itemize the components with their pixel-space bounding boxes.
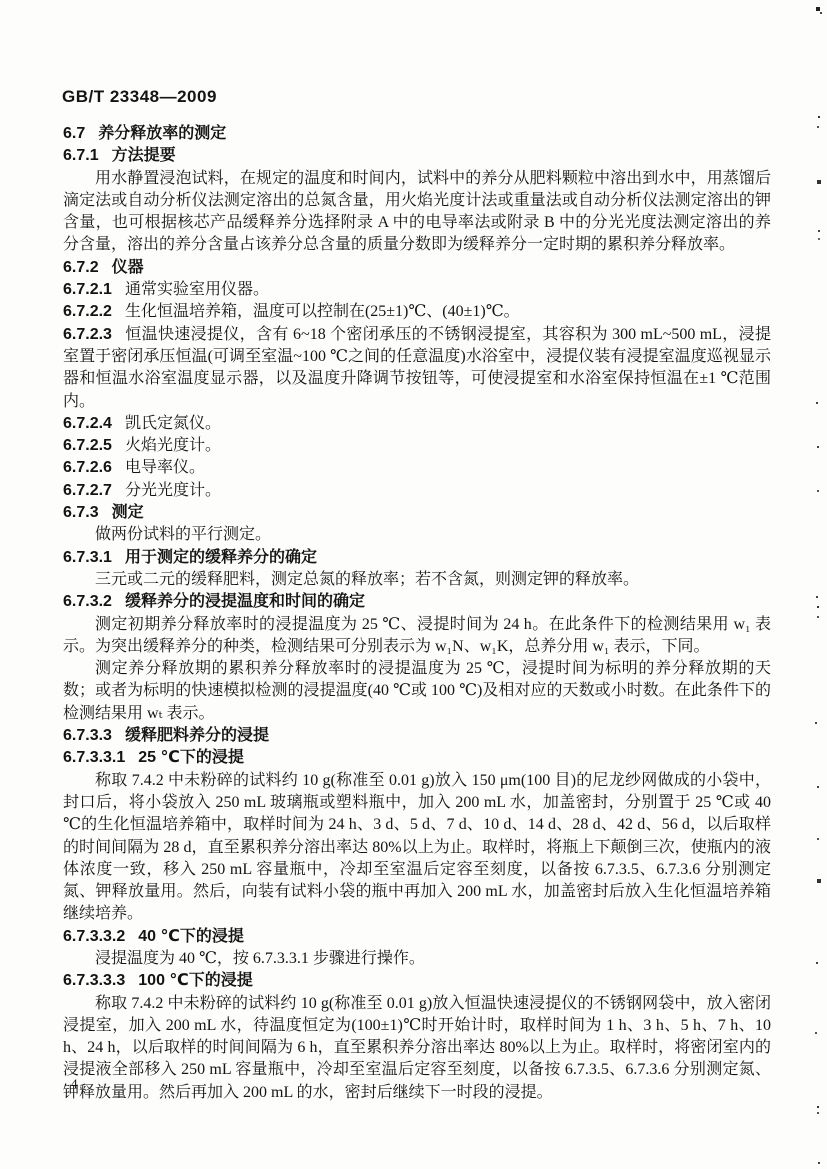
document-page: GB/T 23348—2009 6.7养分释放率的测定 6.7.1方法提要 用水… bbox=[0, 0, 827, 1169]
document-body: 6.7养分释放率的测定 6.7.1方法提要 用水静置浸泡试料，在规定的温度和时间… bbox=[63, 123, 771, 1104]
heading-title: 缓释肥料养分的浸提 bbox=[125, 727, 269, 744]
clause-text: 电导率仪。 bbox=[125, 459, 205, 476]
section-heading-6-7: 6.7养分释放率的测定 bbox=[63, 123, 771, 145]
clause-number: 6.7.2.2 bbox=[63, 303, 112, 320]
clause-6-7-2-3: 6.7.2.3恒温快速浸提仪，含有 6~18 个密闭承压的不锈钢浸提室，其容积为… bbox=[63, 324, 771, 413]
clause-6-7-2-2: 6.7.2.2生化恒温培养箱，温度可以控制在(25±1)℃、(40±1)℃。 bbox=[63, 301, 771, 323]
heading-number: 6.7.3.3 bbox=[63, 727, 112, 744]
clause-6-7-2-4: 6.7.2.4凯氏定氮仪。 bbox=[63, 413, 771, 435]
page-number: 4 bbox=[71, 1076, 78, 1092]
clause-text: 火焰光度计。 bbox=[125, 437, 221, 454]
heading-number: 6.7.3.3.2 bbox=[63, 928, 125, 945]
heading-title: 用于测定的缓释养分的确定 bbox=[125, 549, 317, 566]
paragraph-parallel-determination: 做两份试料的平行测定。 bbox=[63, 524, 771, 546]
clause-number: 6.7.2.6 bbox=[63, 459, 112, 476]
heading-number: 6.7 bbox=[63, 125, 85, 142]
clause-text: 凯氏定氮仪。 bbox=[125, 415, 221, 432]
heading-number: 6.7.3 bbox=[63, 504, 99, 521]
heading-title: 40 ℃下的浸提 bbox=[138, 928, 244, 945]
clause-text: 恒温快速浸提仪，含有 6~18 个密闭承压的不锈钢浸提室，其容积为 300 mL… bbox=[63, 326, 771, 410]
paragraph-extraction-40c: 浸提温度为 40 ℃，按 6.7.3.3.1 步骤进行操作。 bbox=[63, 948, 771, 970]
heading-title: 测定 bbox=[112, 504, 144, 521]
section-heading-6-7-3-3-2: 6.7.3.3.240 ℃下的浸提 bbox=[63, 926, 771, 948]
paragraph-extraction-100c: 称取 7.4.2 中未粉碎的试料约 10 g(称准至 0.01 g)放入恒温快速… bbox=[63, 993, 771, 1104]
clause-6-7-2-5: 6.7.2.5火焰光度计。 bbox=[63, 435, 771, 457]
heading-number: 6.7.3.3.3 bbox=[63, 972, 125, 989]
clause-6-7-2-1: 6.7.2.1通常实验室用仪器。 bbox=[63, 279, 771, 301]
section-heading-6-7-3-3-1: 6.7.3.3.125 ℃下的浸提 bbox=[63, 747, 771, 769]
clause-text: 分光光度计。 bbox=[125, 482, 221, 499]
section-heading-6-7-1: 6.7.1方法提要 bbox=[63, 145, 771, 167]
heading-title: 25 ℃下的浸提 bbox=[138, 749, 244, 766]
clause-number: 6.7.2.5 bbox=[63, 437, 112, 454]
scan-speck-artifacts bbox=[0, 0, 2, 2]
heading-number: 6.7.3.1 bbox=[63, 549, 112, 566]
clause-6-7-2-7: 6.7.2.7分光光度计。 bbox=[63, 480, 771, 502]
paragraph-nutrient-selection: 三元或二元的缓释肥料，测定总氮的释放率；若不含氮，则测定钾的释放率。 bbox=[63, 569, 771, 591]
heading-number: 6.7.1 bbox=[63, 147, 99, 164]
paragraph-cumulative-release: 测定养分释放期的累积养分释放率时的浸提温度为 25 ℃，浸提时间为标明的养分释放… bbox=[63, 658, 771, 725]
clause-number: 6.7.2.3 bbox=[63, 326, 112, 343]
section-heading-6-7-3-1: 6.7.3.1用于测定的缓释养分的确定 bbox=[63, 547, 771, 569]
clause-text: 生化恒温培养箱，温度可以控制在(25±1)℃、(40±1)℃。 bbox=[125, 303, 520, 320]
paragraph-method-summary: 用水静置浸泡试料，在规定的温度和时间内，试料中的养分从肥料颗粒中溶出到水中，用蒸… bbox=[63, 168, 771, 257]
clause-text: 通常实验室用仪器。 bbox=[125, 281, 269, 298]
heading-title: 方法提要 bbox=[112, 147, 176, 164]
clause-number: 6.7.2.1 bbox=[63, 281, 112, 298]
section-heading-6-7-3: 6.7.3测定 bbox=[63, 502, 771, 524]
clause-6-7-2-6: 6.7.2.6电导率仪。 bbox=[63, 457, 771, 479]
standard-number: GB/T 23348—2009 bbox=[62, 87, 217, 107]
clause-number: 6.7.2.4 bbox=[63, 415, 112, 432]
section-heading-6-7-3-3-3: 6.7.3.3.3100 ℃下的浸提 bbox=[63, 970, 771, 992]
heading-title: 养分释放率的测定 bbox=[98, 125, 226, 142]
section-heading-6-7-2: 6.7.2仪器 bbox=[63, 257, 771, 279]
heading-number: 6.7.3.2 bbox=[63, 593, 112, 610]
clause-number: 6.7.2.7 bbox=[63, 482, 112, 499]
heading-title: 缓释养分的浸提温度和时间的确定 bbox=[125, 593, 365, 610]
paragraph-initial-release: 测定初期养分释放率时的浸提温度为 25 ℃、浸提时间为 24 h。在此条件下的检… bbox=[63, 614, 771, 659]
heading-number: 6.7.2 bbox=[63, 259, 99, 276]
heading-title: 仪器 bbox=[112, 259, 144, 276]
heading-number: 6.7.3.3.1 bbox=[63, 749, 125, 766]
section-heading-6-7-3-2: 6.7.3.2缓释养分的浸提温度和时间的确定 bbox=[63, 591, 771, 613]
heading-title: 100 ℃下的浸提 bbox=[138, 972, 253, 989]
section-heading-6-7-3-3: 6.7.3.3缓释肥料养分的浸提 bbox=[63, 725, 771, 747]
paragraph-extraction-25c: 称取 7.4.2 中未粉碎的试料约 10 g(称准至 0.01 g)放入 150… bbox=[63, 770, 771, 926]
